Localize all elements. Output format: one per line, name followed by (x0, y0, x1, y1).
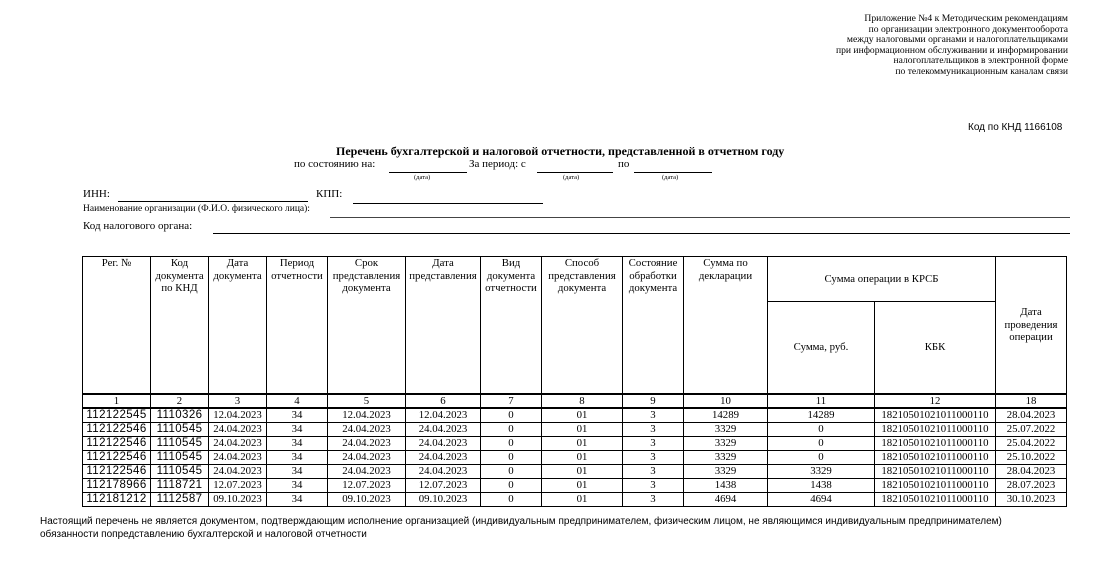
cell-method: 01 (542, 436, 623, 450)
cell-deadline: 24.04.2023 (328, 464, 406, 478)
tax-office-label: Код налогового органа: (83, 220, 192, 232)
cell-method: 01 (542, 492, 623, 506)
cell-method: 01 (542, 464, 623, 478)
cell-sum-rub: 0 (768, 436, 875, 450)
period-to-field[interactable] (634, 172, 712, 173)
header-op-date: Дата проведения операции (996, 257, 1067, 394)
cell-period: 34 (267, 422, 328, 436)
cell-reg-no: 112122546 (83, 422, 151, 436)
cell-period: 34 (267, 464, 328, 478)
cell-op-date: 30.10.2023 (996, 492, 1067, 506)
org-name-field[interactable] (330, 217, 1070, 218)
cell-status: 3 (623, 422, 684, 436)
cell-decl-sum: 14289 (684, 408, 768, 423)
period-from-field[interactable] (537, 172, 613, 173)
cell-op-date: 28.07.2023 (996, 478, 1067, 492)
cell-sum-rub: 14289 (768, 408, 875, 423)
cell-doc-date: 24.04.2023 (209, 450, 267, 464)
header-decl-sum: Сумма по декларации (684, 257, 768, 394)
column-number: 10 (684, 394, 768, 408)
cell-submit-date: 12.04.2023 (406, 408, 481, 423)
cell-kbk: 18210501021011000110 (875, 408, 996, 423)
cell-reg-no: 112122545 (83, 408, 151, 423)
as-of-date-field[interactable] (389, 172, 467, 173)
column-number: 11 (768, 394, 875, 408)
cell-sum-rub: 4694 (768, 492, 875, 506)
appendix-line: по телекоммуникационным каналам связи (836, 67, 1068, 78)
cell-kbk: 18210501021011000110 (875, 422, 996, 436)
knd-code: Код по КНД 1166108 (968, 122, 1062, 133)
cell-kbk: 18210501021011000110 (875, 436, 996, 450)
inn-field[interactable] (118, 201, 308, 202)
cell-status: 3 (623, 464, 684, 478)
cell-doc-type: 0 (481, 408, 542, 423)
cell-op-date: 25.10.2022 (996, 450, 1067, 464)
cell-method: 01 (542, 422, 623, 436)
appendix-line: Приложение №4 к Методическим рекомендаци… (836, 14, 1068, 25)
footer-line: обязанности попредставлению бухгалтерско… (40, 529, 1002, 542)
header-deadline: Срок представления документа (328, 257, 406, 394)
cell-knd-code: 1112587 (151, 492, 209, 506)
tax-office-field[interactable] (213, 233, 1070, 234)
table-row: 112122546111054524.04.20233424.04.202324… (83, 464, 1067, 478)
cell-decl-sum: 4694 (684, 492, 768, 506)
as-of-label: по состоянию на: (294, 158, 375, 170)
footer-note: Настоящий перечень не является документо… (40, 516, 1002, 541)
cell-status: 3 (623, 436, 684, 450)
cell-deadline: 24.04.2023 (328, 422, 406, 436)
cell-knd-code: 1118721 (151, 478, 209, 492)
cell-sum-rub: 0 (768, 422, 875, 436)
header-doc-type: Вид документа отчетности (481, 257, 542, 394)
inn-label: ИНН: (83, 188, 110, 200)
cell-period: 34 (267, 492, 328, 506)
cell-submit-date: 12.07.2023 (406, 478, 481, 492)
cell-status: 3 (623, 450, 684, 464)
table-row: 112122546111054524.04.20233424.04.202324… (83, 422, 1067, 436)
cell-reg-no: 112122546 (83, 436, 151, 450)
period-to-hint: (дата) (662, 174, 678, 181)
cell-reg-no: 112122546 (83, 450, 151, 464)
cell-submit-date: 24.04.2023 (406, 450, 481, 464)
cell-kbk: 18210501021011000110 (875, 478, 996, 492)
column-number: 1 (83, 394, 151, 408)
cell-submit-date: 24.04.2023 (406, 464, 481, 478)
reporting-table: Рег. № Код документа по КНД Дата докумен… (82, 256, 1067, 507)
cell-submit-date: 24.04.2023 (406, 422, 481, 436)
kpp-label: КПП: (316, 188, 342, 200)
cell-method: 01 (542, 478, 623, 492)
table-row: 112122546111054524.04.20233424.04.202324… (83, 450, 1067, 464)
cell-period: 34 (267, 450, 328, 464)
cell-decl-sum: 3329 (684, 450, 768, 464)
column-number: 3 (209, 394, 267, 408)
cell-op-date: 25.07.2022 (996, 422, 1067, 436)
cell-deadline: 12.07.2023 (328, 478, 406, 492)
header-krsb-group: Сумма операции в КРСБ (768, 257, 996, 302)
cell-reg-no: 112181212 (83, 492, 151, 506)
table-row: 112122546111054524.04.20233424.04.202324… (83, 436, 1067, 450)
cell-doc-type: 0 (481, 436, 542, 450)
cell-knd-code: 1110545 (151, 422, 209, 436)
cell-knd-code: 1110326 (151, 408, 209, 423)
cell-deadline: 09.10.2023 (328, 492, 406, 506)
table-row: 112178966111872112.07.20233412.07.202312… (83, 478, 1067, 492)
cell-doc-date: 09.10.2023 (209, 492, 267, 506)
cell-doc-type: 0 (481, 450, 542, 464)
cell-doc-date: 12.07.2023 (209, 478, 267, 492)
header-kbk: КБК (875, 302, 996, 394)
as-of-date-hint: (дата) (414, 174, 430, 181)
header-reg-no: Рег. № (83, 257, 151, 394)
cell-decl-sum: 3329 (684, 464, 768, 478)
cell-doc-date: 12.04.2023 (209, 408, 267, 423)
cell-period: 34 (267, 408, 328, 423)
cell-sum-rub: 0 (768, 450, 875, 464)
cell-status: 3 (623, 408, 684, 423)
cell-reg-no: 112178966 (83, 478, 151, 492)
cell-submit-date: 09.10.2023 (406, 492, 481, 506)
cell-kbk: 18210501021011000110 (875, 464, 996, 478)
cell-doc-type: 0 (481, 464, 542, 478)
cell-doc-date: 24.04.2023 (209, 464, 267, 478)
cell-decl-sum: 1438 (684, 478, 768, 492)
cell-op-date: 28.04.2023 (996, 408, 1067, 423)
cell-sum-rub: 1438 (768, 478, 875, 492)
cell-doc-date: 24.04.2023 (209, 422, 267, 436)
cell-reg-no: 112122546 (83, 464, 151, 478)
cell-status: 3 (623, 478, 684, 492)
cell-doc-type: 0 (481, 478, 542, 492)
column-number: 7 (481, 394, 542, 408)
cell-deadline: 24.04.2023 (328, 450, 406, 464)
org-name-label: Наименование организации (Ф.И.О. физичес… (83, 204, 310, 214)
header-status: Состояние обработки документа (623, 257, 684, 394)
cell-period: 34 (267, 436, 328, 450)
header-period: Период отчетности (267, 257, 328, 394)
cell-deadline: 24.04.2023 (328, 436, 406, 450)
cell-decl-sum: 3329 (684, 422, 768, 436)
table-row: 112122545111032612.04.20233412.04.202312… (83, 408, 1067, 423)
header-sum-rub: Сумма, руб. (768, 302, 875, 394)
column-number: 12 (875, 394, 996, 408)
kpp-field[interactable] (353, 203, 543, 204)
column-number: 9 (623, 394, 684, 408)
column-number: 5 (328, 394, 406, 408)
cell-submit-date: 24.04.2023 (406, 436, 481, 450)
table-row: 112181212111258709.10.20233409.10.202309… (83, 492, 1067, 506)
column-number: 2 (151, 394, 209, 408)
appendix-note: Приложение №4 к Методическим рекомендаци… (836, 14, 1068, 78)
column-number: 18 (996, 394, 1067, 408)
cell-knd-code: 1110545 (151, 436, 209, 450)
table-body: 112122545111032612.04.20233412.04.202312… (83, 408, 1067, 507)
column-numbers-row: 1 2 3 4 5 6 7 8 9 10 11 12 18 (83, 394, 1067, 408)
cell-decl-sum: 3329 (684, 436, 768, 450)
period-from-label: За период: с (469, 158, 526, 170)
cell-doc-type: 0 (481, 422, 542, 436)
footer-line: Настоящий перечень не является документо… (40, 516, 1002, 529)
cell-doc-date: 24.04.2023 (209, 436, 267, 450)
cell-doc-type: 0 (481, 492, 542, 506)
cell-kbk: 18210501021011000110 (875, 492, 996, 506)
cell-op-date: 28.04.2023 (996, 464, 1067, 478)
header-submit-date: Дата представления (406, 257, 481, 394)
cell-deadline: 12.04.2023 (328, 408, 406, 423)
cell-kbk: 18210501021011000110 (875, 450, 996, 464)
cell-status: 3 (623, 492, 684, 506)
document-title: Перечень бухгалтерской и налоговой отчет… (336, 144, 784, 159)
column-number: 8 (542, 394, 623, 408)
cell-knd-code: 1110545 (151, 464, 209, 478)
period-from-hint: (дата) (563, 174, 579, 181)
cell-sum-rub: 3329 (768, 464, 875, 478)
cell-op-date: 25.04.2022 (996, 436, 1067, 450)
column-number: 6 (406, 394, 481, 408)
cell-method: 01 (542, 450, 623, 464)
header-method: Способ представления документа (542, 257, 623, 394)
header-doc-date: Дата документа (209, 257, 267, 394)
cell-method: 01 (542, 408, 623, 423)
cell-period: 34 (267, 478, 328, 492)
cell-knd-code: 1110545 (151, 450, 209, 464)
period-to-label: по (618, 158, 629, 170)
header-knd: Код документа по КНД (151, 257, 209, 394)
column-number: 4 (267, 394, 328, 408)
